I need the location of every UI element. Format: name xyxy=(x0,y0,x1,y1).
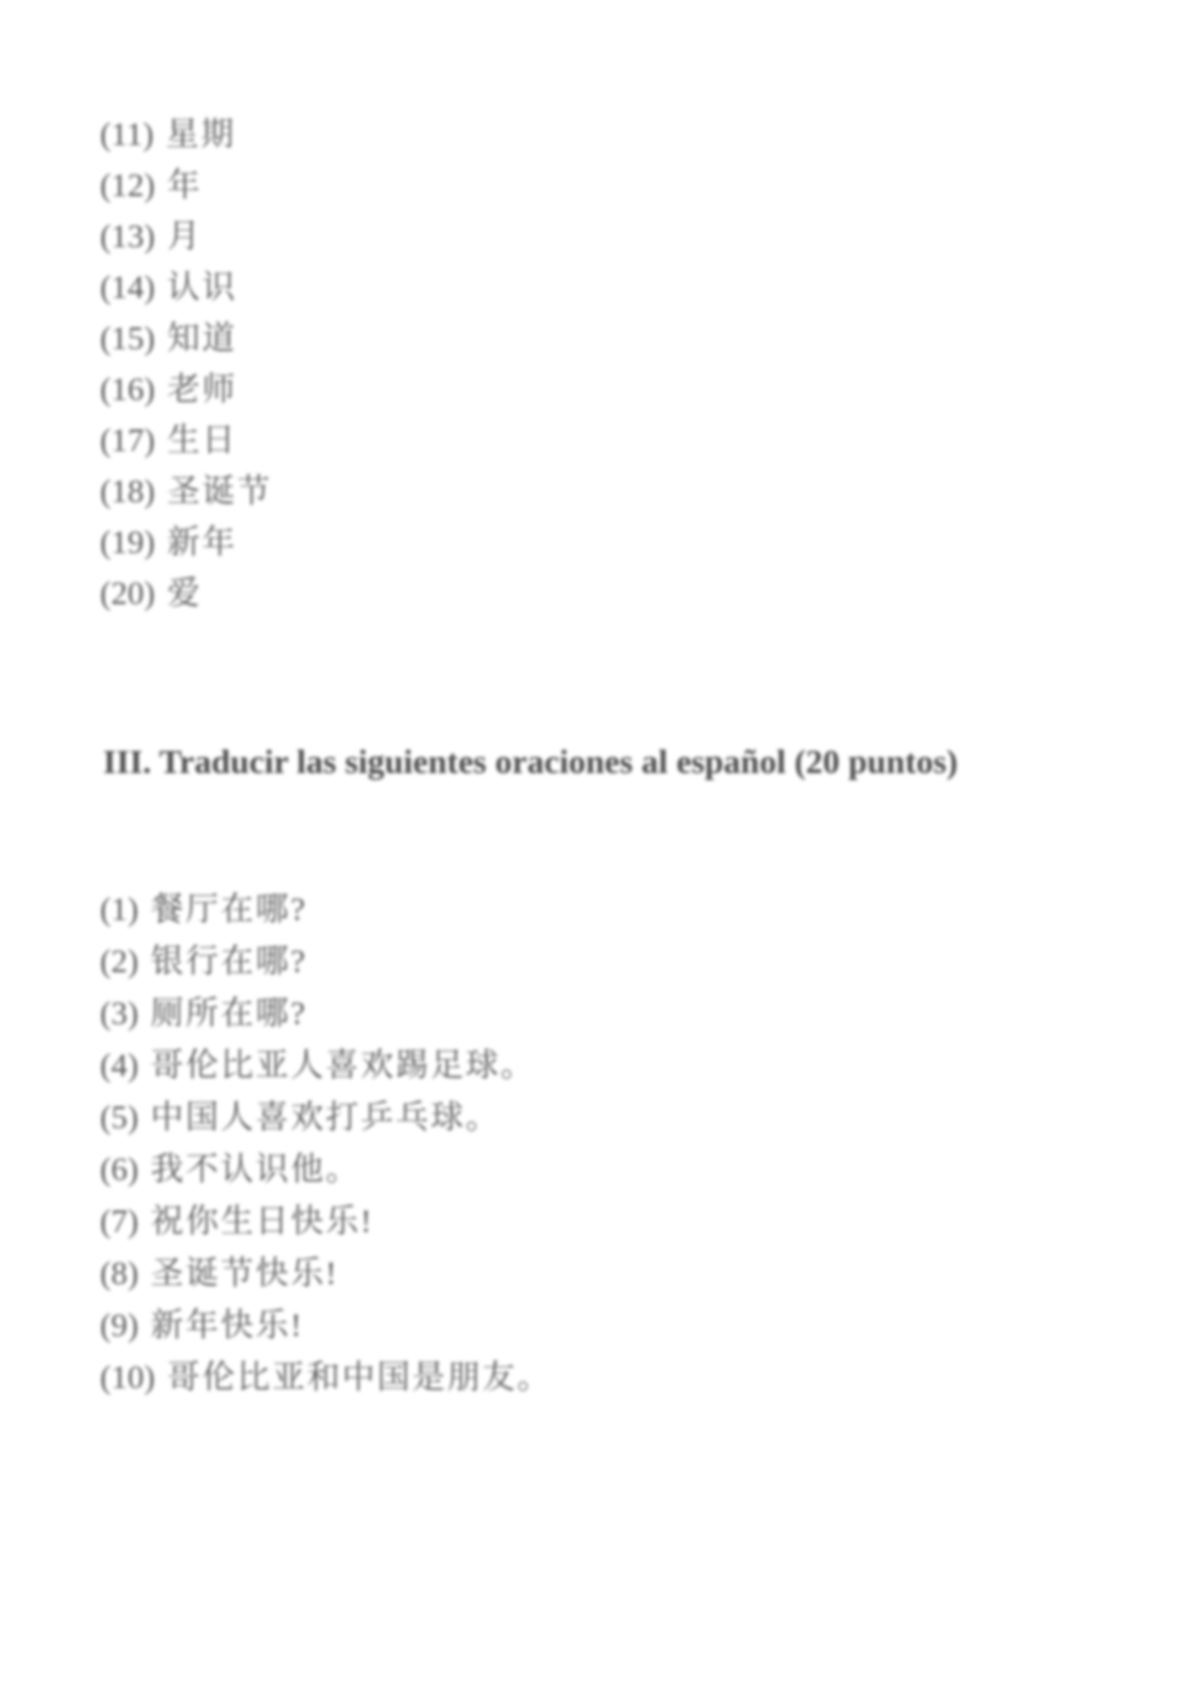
item-text: 知道 xyxy=(167,314,237,365)
item-text: 我不认识他。 xyxy=(150,1144,360,1196)
item-number: (8) xyxy=(100,1248,138,1300)
item-text: 中国人喜欢打乒乓球。 xyxy=(150,1092,500,1144)
item-number: (7) xyxy=(100,1196,138,1248)
sentence-item: (3)厕所在哪? xyxy=(100,988,552,1040)
page-content: (11)星期 (12)年 (13)月 (14)认识 (15)知道 (16)老师 … xyxy=(0,0,1190,1684)
sentence-item: (6)我不认识他。 xyxy=(100,1144,552,1196)
vocab-item: (18)圣诞节 xyxy=(100,467,272,518)
sentence-item: (1)餐厅在哪? xyxy=(100,884,552,936)
item-text: 爱 xyxy=(167,569,202,620)
item-text: 认识 xyxy=(167,263,237,314)
item-number: (15) xyxy=(100,314,155,365)
vocab-item: (13)月 xyxy=(100,212,272,263)
item-number: (10) xyxy=(100,1352,155,1404)
item-text: 年 xyxy=(167,161,202,212)
sentence-item: (7)祝你生日快乐! xyxy=(100,1196,552,1248)
item-text: 圣诞节 xyxy=(167,467,272,518)
item-number: (6) xyxy=(100,1144,138,1196)
item-number: (3) xyxy=(100,988,138,1040)
item-text: 生日 xyxy=(167,416,237,467)
sentence-item: (10)哥伦比亚和中国是朋友。 xyxy=(100,1352,552,1404)
item-number: (2) xyxy=(100,936,138,988)
item-number: (1) xyxy=(100,884,138,936)
vocab-item: (16)老师 xyxy=(100,365,272,416)
section-title: III. Traducir las siguientes oraciones a… xyxy=(103,736,1003,789)
item-text: 圣诞节快乐! xyxy=(150,1248,338,1300)
item-text: 哥伦比亚和中国是朋友。 xyxy=(167,1352,552,1404)
sentence-list: (1)餐厅在哪? (2)银行在哪? (3)厕所在哪? (4)哥伦比亚人喜欢踢足球… xyxy=(100,884,552,1404)
item-number: (16) xyxy=(100,365,155,416)
item-number: (19) xyxy=(100,518,155,569)
vocab-item: (17)生日 xyxy=(100,416,272,467)
vocab-item: (19)新年 xyxy=(100,518,272,569)
item-text: 月 xyxy=(167,212,202,263)
vocab-item: (14)认识 xyxy=(100,263,272,314)
item-number: (5) xyxy=(100,1092,138,1144)
item-text: 哥伦比亚人喜欢踢足球。 xyxy=(150,1040,535,1092)
item-text: 厕所在哪? xyxy=(150,988,307,1040)
item-text: 银行在哪? xyxy=(150,936,307,988)
item-number: (18) xyxy=(100,467,155,518)
vocab-item: (15)知道 xyxy=(100,314,272,365)
item-number: (13) xyxy=(100,212,155,263)
document-page: (11)星期 (12)年 (13)月 (14)认识 (15)知道 (16)老师 … xyxy=(0,0,1190,1684)
item-number: (9) xyxy=(100,1300,138,1352)
sentence-item: (4)哥伦比亚人喜欢踢足球。 xyxy=(100,1040,552,1092)
item-number: (4) xyxy=(100,1040,138,1092)
item-number: (12) xyxy=(100,161,155,212)
item-number: (11) xyxy=(100,110,154,161)
sentence-item: (9)新年快乐! xyxy=(100,1300,552,1352)
item-text: 星期 xyxy=(166,110,236,161)
item-text: 老师 xyxy=(167,365,237,416)
sentence-item: (5)中国人喜欢打乒乓球。 xyxy=(100,1092,552,1144)
item-number: (14) xyxy=(100,263,155,314)
sentence-item: (8)圣诞节快乐! xyxy=(100,1248,552,1300)
item-text: 新年快乐! xyxy=(150,1300,303,1352)
vocab-item: (20)爱 xyxy=(100,569,272,620)
item-number: (17) xyxy=(100,416,155,467)
vocab-item: (11)星期 xyxy=(100,110,272,161)
vocabulary-list: (11)星期 (12)年 (13)月 (14)认识 (15)知道 (16)老师 … xyxy=(100,110,272,620)
item-text: 祝你生日快乐! xyxy=(150,1196,373,1248)
item-text: 餐厅在哪? xyxy=(150,884,307,936)
vocab-item: (12)年 xyxy=(100,161,272,212)
item-number: (20) xyxy=(100,569,155,620)
item-text: 新年 xyxy=(167,518,237,569)
sentence-item: (2)银行在哪? xyxy=(100,936,552,988)
